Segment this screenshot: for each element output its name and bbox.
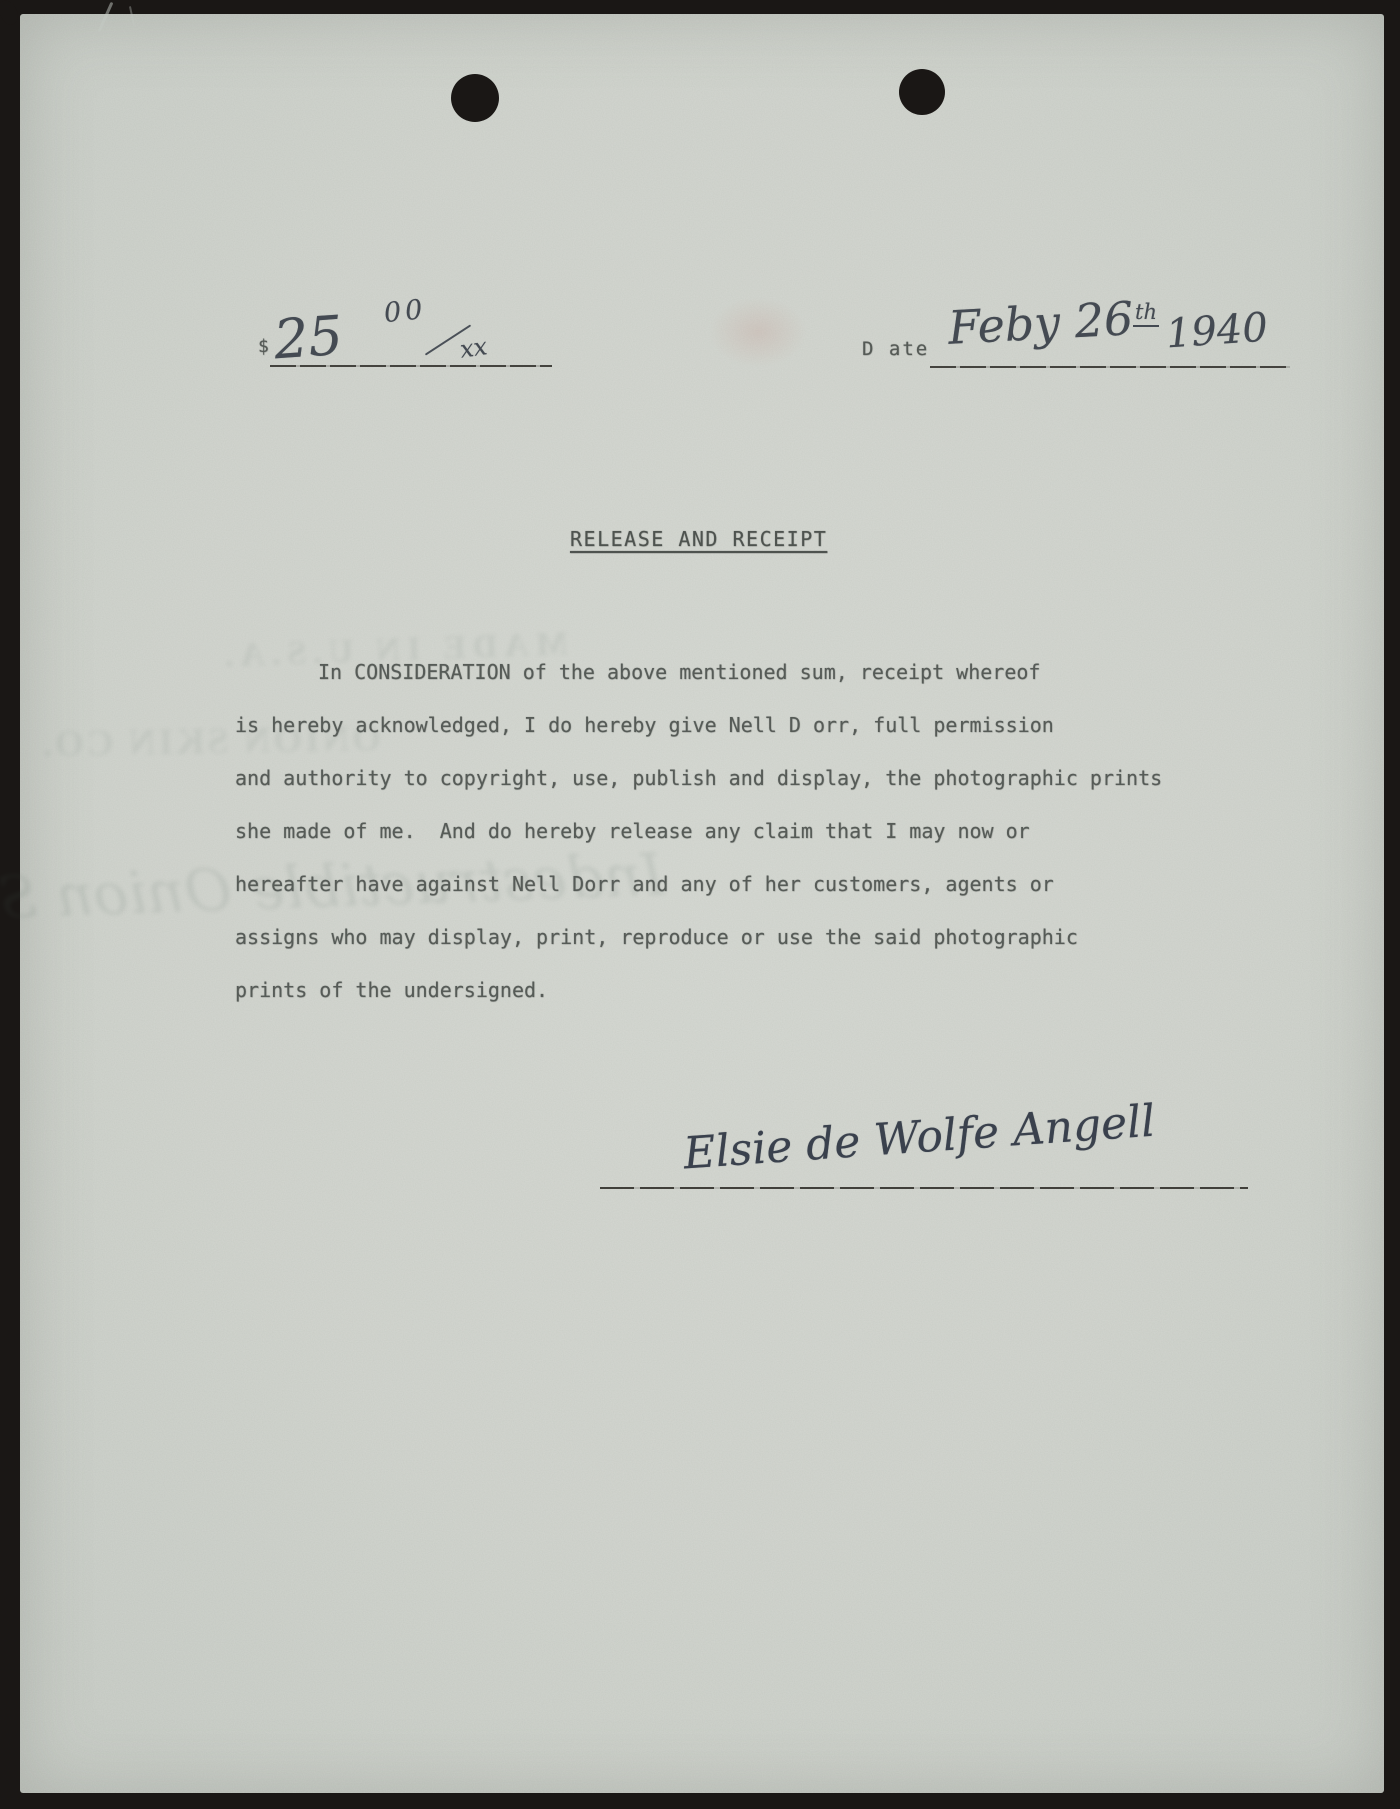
document-title: RELEASE AND RECEIPT [570, 527, 827, 551]
amount-handwritten-value: 25 [272, 304, 345, 372]
amount-fraction-denominator: xx [458, 332, 489, 363]
date-label: D ate [862, 338, 929, 360]
punch-hole-left [451, 74, 499, 122]
date-handwritten-ordinal: th [1133, 300, 1159, 327]
body-line: she made of me. And do hereby release an… [235, 819, 1195, 872]
body-paragraph: In CONSIDERATION of the above mentioned … [235, 660, 1195, 1031]
scanned-document: MADE IN U.S.A. ONION SKIN CO. Indestruct… [0, 0, 1400, 1809]
body-line: assigns who may display, print, reproduc… [235, 925, 1195, 978]
body-line: and authority to copyright, use, publish… [235, 766, 1195, 819]
date-handwritten-year: 1940 [1165, 305, 1270, 358]
body-line: prints of the undersigned. [235, 978, 1195, 1031]
punch-hole-right-tear [0, 0, 22, 28]
amount-handwritten-cents: 00 [382, 294, 427, 329]
date-underline [930, 366, 1290, 368]
date-handwritten-month-day: Feby 26 [947, 291, 1135, 355]
body-line: hereafter have against Nell Dorr and any… [235, 872, 1195, 925]
amount-underline [270, 365, 552, 367]
body-line: In CONSIDERATION of the above mentioned … [235, 660, 1195, 713]
amount-currency-symbol: $ [258, 336, 269, 357]
punch-hole-right [899, 69, 945, 115]
signature-line [600, 1187, 1248, 1189]
body-line: is hereby acknowledged, I do hereby give… [235, 713, 1195, 766]
